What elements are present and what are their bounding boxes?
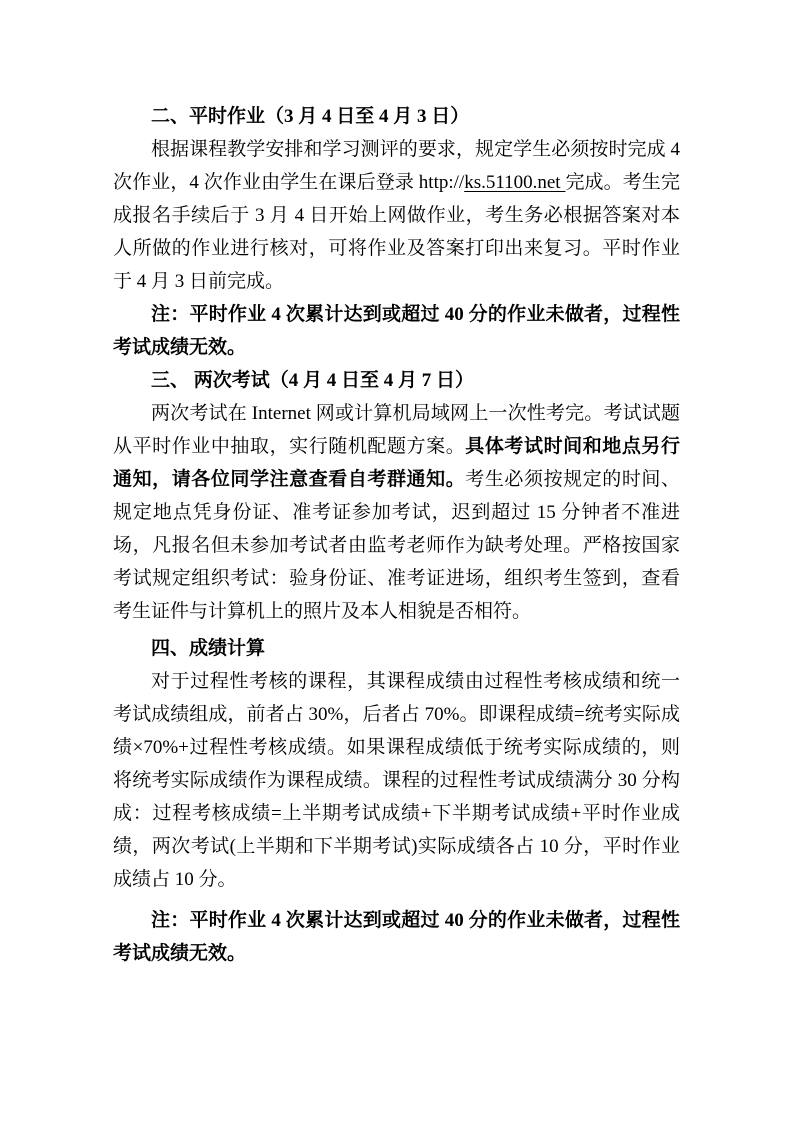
section-grading-heading: 四、成绩计算 (113, 632, 680, 665)
section-exams-paragraph: 两次考试在 Internet 网或计算机局域网上一次性考完。考试试题从平时作业中… (113, 397, 680, 628)
text-run: 考生必须按规定的时间、规定地点凭身份证、准考证参加考试，迟到超过 15 分钟者不… (113, 469, 680, 622)
text-run: 对于过程性考核的课程，其课程成绩由过程性考核成绩和统一考试成绩组成，前者占 30… (113, 671, 680, 890)
section-homework-paragraph: 根据课程教学安排和学习测评的要求，规定学生必须按时完成 4 次作业，4 次作业由… (113, 133, 680, 298)
document-page: 二、平时作业（3 月 4 日至 4 月 3 日） 根据课程教学安排和学习测评的要… (0, 0, 793, 1122)
section-exams: 三、 两次考试（4 月 4 日至 4 月 7 日） 两次考试在 Internet… (113, 364, 680, 628)
section-grading-note: 注：平时作业 4 次累计达到或超过 40 分的作业未做者，过程性考试成绩无效。 (113, 904, 680, 970)
section-homework: 二、平时作业（3 月 4 日至 4 月 3 日） 根据课程教学安排和学习测评的要… (113, 100, 680, 364)
section-homework-note: 注：平时作业 4 次累计达到或超过 40 分的作业未做者，过程性考试成绩无效。 (113, 298, 680, 364)
section-homework-heading: 二、平时作业（3 月 4 日至 4 月 3 日） (113, 100, 680, 133)
section-grading: 四、成绩计算 对于过程性考核的课程，其课程成绩由过程性考核成绩和统一考试成绩组成… (113, 632, 680, 970)
section-exams-heading: 三、 两次考试（4 月 4 日至 4 月 7 日） (113, 364, 680, 397)
homework-url-link[interactable]: ks.51100.net (464, 172, 565, 193)
section-grading-paragraph: 对于过程性考核的课程，其课程成绩由过程性考核成绩和统一考试成绩组成，前者占 30… (113, 665, 680, 896)
